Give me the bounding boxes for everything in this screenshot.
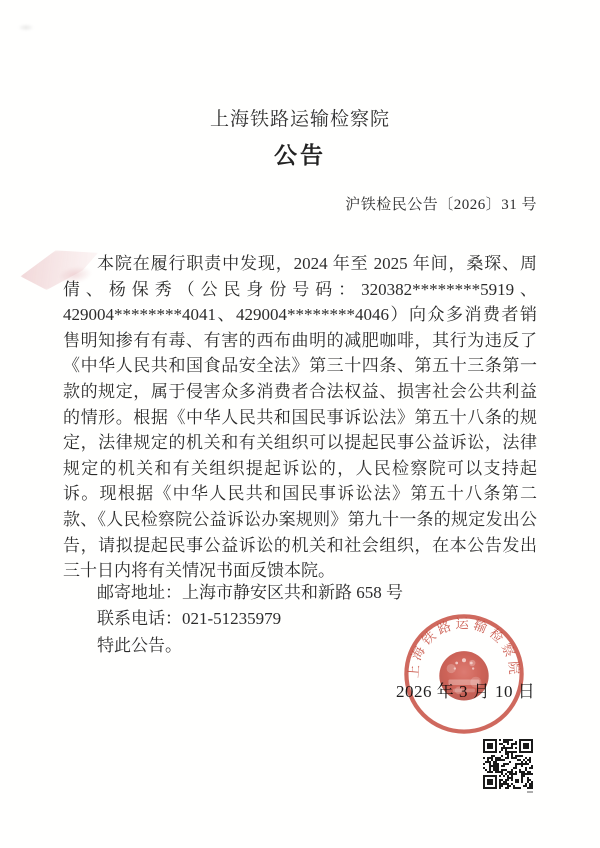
- phone-line: 联系电话：021-51235979: [63, 606, 537, 632]
- phone-value: 021-51235979: [182, 609, 281, 628]
- scan-dash: [527, 791, 533, 793]
- mailing-address-line: 邮寄地址：上海市静安区共和新路 658 号: [63, 580, 537, 606]
- mailing-address-value: 上海市静安区共和新路 658 号: [182, 583, 403, 602]
- announcement-body: 本院在履行职责中发现，2024 年至 2025 年间，桑琛、周倩、杨保秀（公民身…: [63, 251, 537, 584]
- qr-code-icon: [483, 739, 533, 789]
- doc-number: 沪铁检民公告〔2026〕31 号: [345, 193, 537, 214]
- issue-date: 2026 年 3 月 10 日: [396, 677, 535, 702]
- closing-line: 特此公告。: [63, 633, 537, 659]
- mailing-address-label: 邮寄地址：: [97, 583, 182, 602]
- phone-label: 联系电话：: [97, 609, 182, 628]
- announcement-page: 上海铁路运输检察院 公告 沪铁检民公告〔2026〕31 号 本院在履行职责中发现…: [0, 0, 600, 848]
- page-title: 公告: [0, 137, 600, 170]
- contact-block: 邮寄地址：上海市静安区共和新路 658 号 联系电话：021-51235979 …: [63, 580, 537, 659]
- qr-svg: [483, 739, 533, 789]
- scan-speck: [18, 24, 34, 31]
- org-name: 上海铁路运输检察院: [0, 104, 600, 131]
